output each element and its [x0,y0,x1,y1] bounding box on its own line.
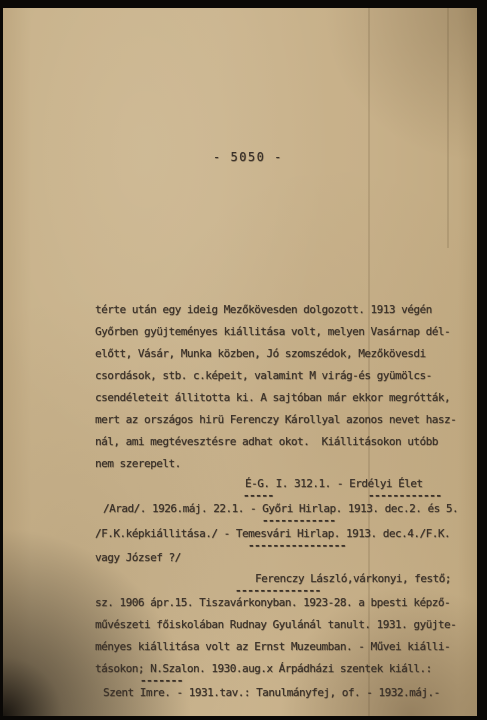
typed-underline: ---------------- [248,539,346,553]
text-line: előtt, Vásár, Munka közben, Jó szomszédo… [95,347,426,361]
text-line: csendéleteit állitotta ki. A sajtóban má… [95,391,450,405]
page-number: - 5050 - [213,150,283,164]
text-line: mert az országos hirü Ferenczy Károllyal… [95,413,456,427]
text-line: ményes kiállitása volt az Ernst Muzeumba… [95,640,450,654]
typed-underline: ------------ [262,514,335,528]
typewritten-text: - 5050 - térte után egy ideig Mezőkövesd… [0,0,487,720]
text-line: Győrben gyüjteményes kiállitása volt, me… [95,325,450,339]
text-line: művészeti főiskolában Rudnay Gyulánál ta… [95,618,456,632]
typed-underline: ----- [243,489,274,503]
typed-underline: ------------ [368,489,441,503]
text-line: csordások, stb. c.képeit, valamint M vir… [95,369,432,383]
text-line: vagy József ?/ [95,551,181,565]
text-line: nem szerepelt. [95,457,181,471]
text-line: térte után egy ideig Mezőkövesden dolgoz… [95,303,432,317]
text-line: sz. 1906 ápr.15. Tiszavárkonyban. 1923-2… [95,596,450,610]
text-line: Szent Imre. - 1931.tav.: Tanulmányfej, o… [103,686,440,700]
text-line: nál, ami megtévesztésre adhat okot. Kiál… [95,435,438,449]
scanned-page: - 5050 - térte után egy ideig Mezőkövesd… [0,0,487,720]
